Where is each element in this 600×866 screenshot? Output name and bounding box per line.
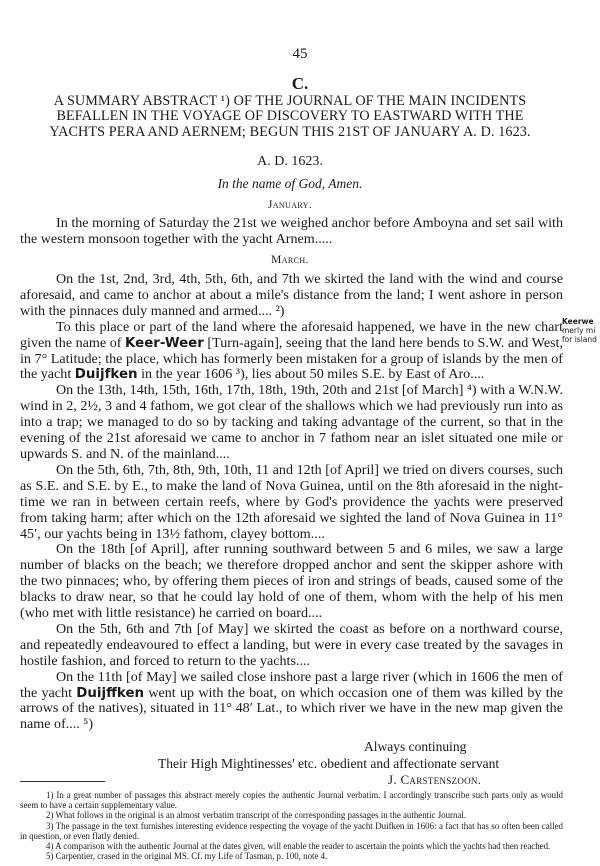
closing-salutation: Their High Mightinesses' etc. obedient a… [158, 756, 499, 772]
paragraph: On the 13th, 14th, 15th, 16th, 17th, 18t… [20, 383, 563, 463]
page-number: 45 [0, 46, 600, 63]
margin-sidenote: Keerwe merly mi for island [562, 317, 600, 344]
paragraph: On the 5th, 6th and 7th [of May] we skir… [20, 622, 563, 670]
text: in the year 1606 ³), lies about 50 miles… [141, 366, 484, 382]
year-heading: A. D. 1623. [0, 154, 580, 170]
sidenote-line: for island [562, 335, 600, 344]
footnote-rule [20, 781, 105, 782]
footnote: 3) The passage in the text furnishes int… [20, 821, 563, 841]
signature: J. Carstenszoon. [388, 772, 481, 788]
sidenote-line: Keerwe [562, 317, 600, 326]
paragraph: In the morning of Saturday the 21st we w… [20, 216, 563, 248]
body-january: In the morning of Saturday the 21st we w… [20, 216, 563, 248]
place-name-keer-weer: Keer-Weer [125, 336, 204, 351]
document-title: A SUMMARY ABSTRACT ¹) OF THE JOURNAL OF … [30, 94, 550, 140]
footnote: 1) In a great number of passages this ab… [20, 790, 563, 810]
footnote: 5) Carpentier, crased in the original MS… [20, 851, 563, 861]
closing-line: Always continuing [364, 739, 466, 755]
footnotes: 1) In a great number of passages this ab… [20, 790, 563, 861]
ship-name-duijfken: Duijfken [75, 367, 138, 382]
invocation: In the name of God, Amen. [0, 176, 580, 192]
paragraph: On the 11th [of May] we sailed close ins… [20, 670, 563, 734]
month-heading-march: March. [0, 254, 580, 266]
month-heading-january: January. [0, 199, 580, 211]
footnote: 4) A comparison with the authentic Journ… [20, 841, 563, 851]
paragraph: On the 18th [of April], after running so… [20, 542, 563, 622]
paragraph: To this place or part of the land where … [20, 320, 563, 384]
sidenote-line: merly mi [562, 326, 600, 335]
ship-name-duijffken: Duijffken [76, 686, 144, 701]
section-letter: C. [0, 74, 600, 94]
footnote: 2) What follows in the original is an al… [20, 810, 563, 820]
body-march: On the 1st, 2nd, 3rd, 4th, 5th, 6th, and… [20, 272, 563, 733]
paragraph: On the 1st, 2nd, 3rd, 4th, 5th, 6th, and… [20, 272, 563, 320]
paragraph: On the 5th, 6th, 7th, 8th, 9th, 10th, 11… [20, 463, 563, 543]
